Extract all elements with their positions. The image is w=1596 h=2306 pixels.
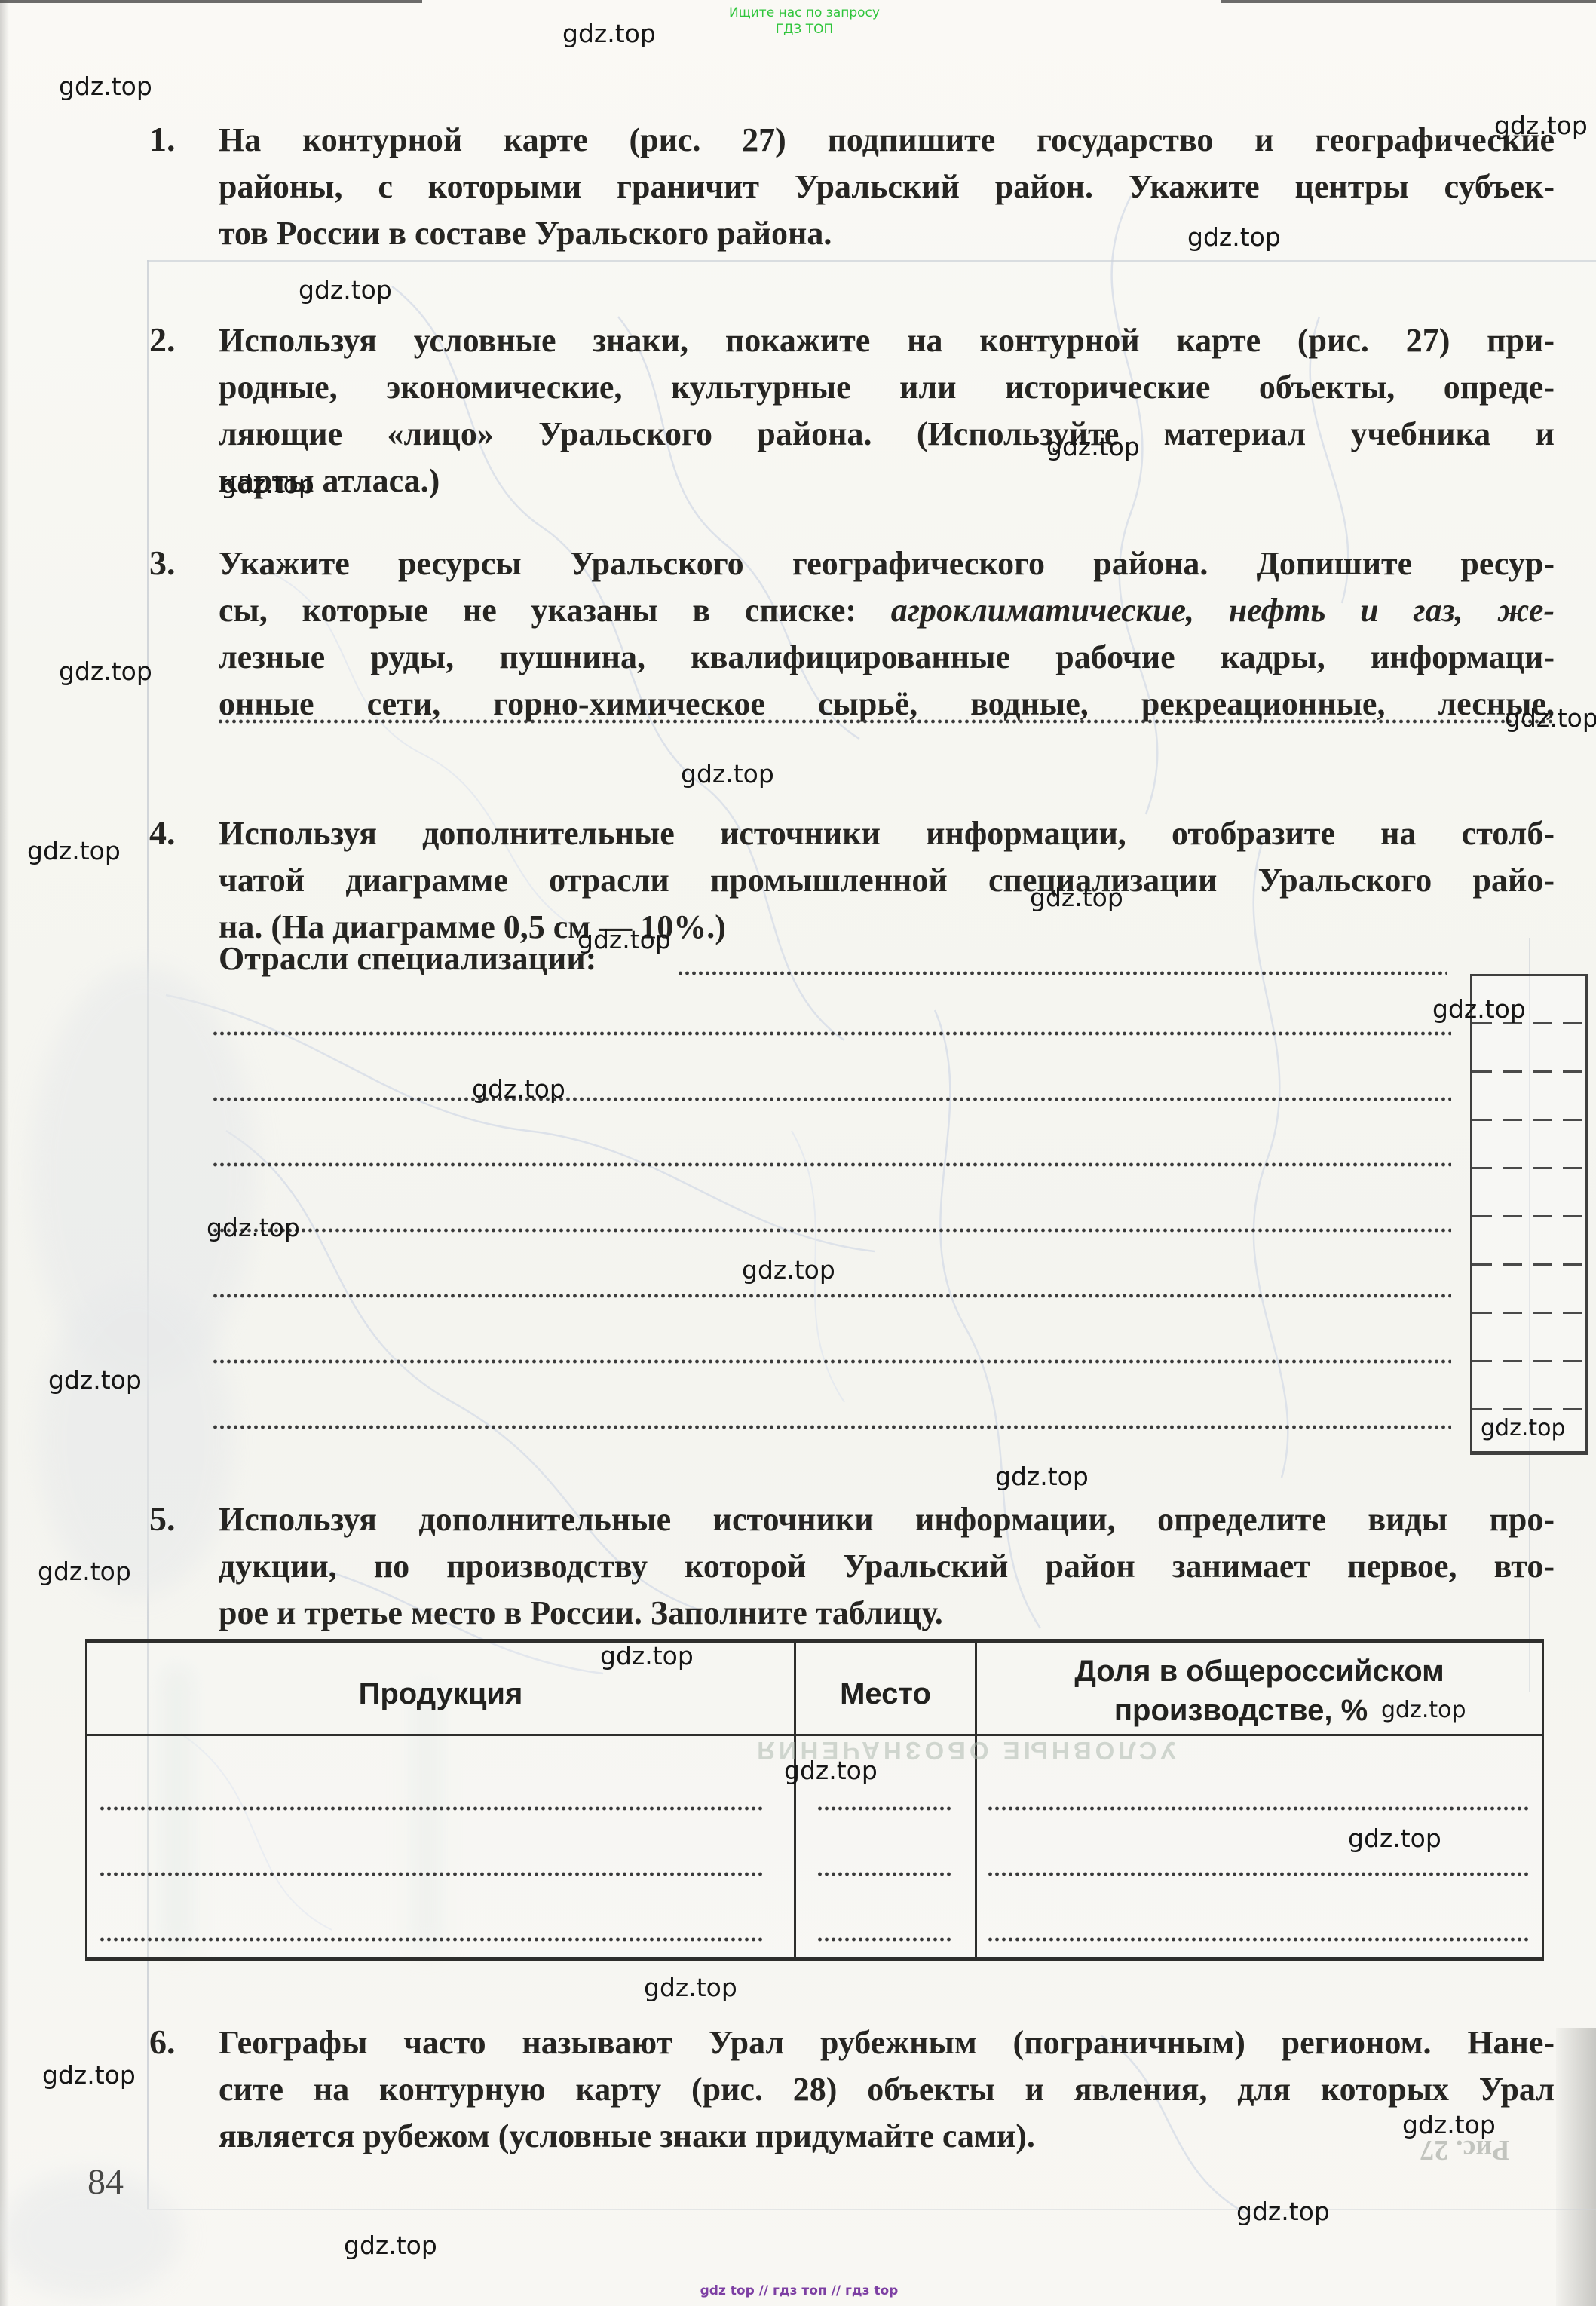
table-row-2-share-blank — [988, 1872, 1531, 1876]
scan-edge-top-left — [0, 0, 422, 3]
chart-gridline-2 — [1472, 1070, 1585, 1073]
task-3-line-2: сы, которые не указаны в списке: агрокли… — [219, 590, 1555, 632]
table-header-place: Место — [796, 1675, 975, 1713]
task-6-line-2: сите на контурную карту (рис. 28) объект… — [219, 2069, 1555, 2111]
watermark: gdz.top — [1494, 112, 1588, 139]
watermark: gdz.top — [1481, 1414, 1566, 1442]
answer-line-2 — [213, 1097, 1451, 1101]
table-header-products: Продукция — [87, 1675, 794, 1713]
chart-gridline-6 — [1472, 1263, 1585, 1266]
task-3-line-3: лезные руды, пушнина, квалифицированные … — [219, 636, 1555, 678]
scan-edge-left — [0, 0, 9, 2306]
watermark: gdz.top — [221, 470, 314, 498]
watermark: gdz.top — [1046, 433, 1140, 461]
chart-gridline-4 — [1472, 1167, 1585, 1169]
task-1-line-3: тов России в составе Уральского района. — [219, 213, 1555, 255]
scan-edge-right — [1556, 2028, 1596, 2306]
promo-banner-bottom: gdz top // гдз топ // гдз top — [663, 2283, 935, 2299]
task-3-answer-line — [219, 719, 1555, 724]
task-6-line-3: является рубежом (условные знаки придума… — [219, 2115, 1555, 2157]
watermark: gdz.top — [995, 1462, 1089, 1490]
table-row-3-share-blank — [988, 1937, 1531, 1942]
task-5-line-3: рое и третье место в России. Заполните т… — [219, 1592, 1555, 1634]
task-3-line-1: Укажите ресурсы Уральского географическо… — [219, 543, 1555, 585]
watermark: gdz.top — [577, 926, 671, 954]
chart-gridline-9 — [1472, 1408, 1585, 1410]
chart-gridline-7 — [1472, 1312, 1585, 1314]
answer-line-1 — [213, 1031, 1451, 1036]
table-row-3-place-blank — [818, 1937, 954, 1942]
specialization-label: Отрасли специализации: — [219, 938, 596, 980]
table-row-2-products-blank — [100, 1872, 765, 1876]
bleed-frame-top — [147, 260, 1596, 262]
products-table: Продукция Место Доля в общероссийском пр… — [85, 1639, 1544, 1961]
chart-gridline-3 — [1472, 1119, 1585, 1121]
table-row-2-place-blank — [818, 1872, 954, 1876]
watermark: gdz.top — [48, 1366, 142, 1394]
task-5-line-1: Используя дополнительные источники инфор… — [219, 1499, 1555, 1541]
watermark: gdz.top — [600, 1642, 694, 1670]
watermark: gdz.top — [1402, 2111, 1496, 2139]
task-1-line-1: На контурной карте (рис. 27) подпишите г… — [219, 119, 1555, 161]
watermark: gdz.top — [742, 1256, 835, 1284]
task-4-line-1: Используя дополнительные источники инфор… — [219, 813, 1555, 855]
answer-line-6 — [213, 1359, 1451, 1364]
table-divider-2 — [975, 1643, 977, 1957]
task-2-line-3: ляющие «лицо» Уральского района. (Исполь… — [219, 413, 1555, 455]
task-3-number: 3. — [149, 543, 176, 583]
watermark: gdz.top — [472, 1075, 565, 1103]
watermark: gdz.top — [1236, 2197, 1330, 2225]
watermark: gdz.top — [42, 2061, 136, 2089]
watermark: gdz.top — [27, 837, 121, 865]
promo-banner-top: Ищите нас по запросу ГДЗ ТОП — [718, 5, 891, 38]
task-1-line-2: районы, с которыми граничит Уральский ра… — [219, 166, 1555, 208]
scan-smudge-2 — [38, 1282, 234, 1598]
specialization-answer-line — [679, 971, 1447, 975]
task-2-line-4: карты атласа.) — [219, 460, 1555, 502]
table-row-1-products-blank — [100, 1806, 765, 1811]
task-4-line-2: чатой диаграмме отрасли промышленной спе… — [219, 859, 1555, 902]
watermark: gdz.top — [1381, 1696, 1466, 1724]
workbook-page: Ищите нас по запросу ГДЗ ТОП 1. На конту… — [0, 0, 1596, 2306]
watermark: gdz.top — [1505, 704, 1596, 732]
task-6-line-1: Географы часто называют Урал рубежным (п… — [219, 2022, 1555, 2064]
bleed-frame-bottom — [147, 2209, 1596, 2210]
task-2-line-2: родные, экономические, культурные или ис… — [219, 366, 1555, 409]
task-2-number: 2. — [149, 320, 176, 360]
task-5-number: 5. — [149, 1499, 176, 1539]
table-row-1-place-blank — [818, 1806, 954, 1811]
task-6-number: 6. — [149, 2022, 176, 2063]
watermark: gdz.top — [59, 72, 152, 100]
watermark: gdz.top — [562, 20, 656, 47]
watermark: gdz.top — [207, 1214, 300, 1242]
watermark: gdz.top — [1030, 884, 1123, 911]
bar-chart-grid — [1470, 974, 1588, 1455]
task-3-line-2-italic: агроклиматические, нефть и газ, же- — [891, 592, 1555, 629]
answer-line-5 — [213, 1294, 1451, 1298]
watermark: gdz.top — [1432, 995, 1526, 1023]
table-header-share-line-1: Доля в общероссийском — [977, 1652, 1542, 1690]
task-4-number: 4. — [149, 813, 176, 853]
watermark: gdz.top — [59, 657, 152, 685]
answer-line-4 — [213, 1228, 1451, 1233]
scan-edge-top-right — [1221, 0, 1596, 3]
answer-line-7 — [213, 1425, 1451, 1429]
page-number: 84 — [87, 2162, 124, 2203]
watermark: gdz.top — [784, 1756, 878, 1784]
chart-gridline-8 — [1472, 1360, 1585, 1362]
task-5-line-2: дукции, по производству которой Уральски… — [219, 1545, 1555, 1588]
watermark: gdz.top — [681, 760, 774, 788]
watermark: gdz.top — [344, 2231, 437, 2259]
watermark: gdz.top — [644, 1974, 737, 2001]
task-3-line-2-plain: сы, которые не указаны в списке: — [219, 592, 891, 629]
chart-gridline-5 — [1472, 1215, 1585, 1217]
table-row-1-share-blank — [988, 1806, 1531, 1811]
watermark: gdz.top — [1348, 1824, 1441, 1852]
answer-line-3 — [213, 1162, 1451, 1167]
watermark: gdz.top — [1187, 223, 1281, 251]
task-1-number: 1. — [149, 119, 176, 160]
watermark: gdz.top — [299, 276, 392, 304]
table-row-3-products-blank — [100, 1937, 765, 1942]
task-2-line-1: Используя условные знаки, покажите на ко… — [219, 320, 1555, 362]
watermark: gdz.top — [38, 1557, 131, 1585]
